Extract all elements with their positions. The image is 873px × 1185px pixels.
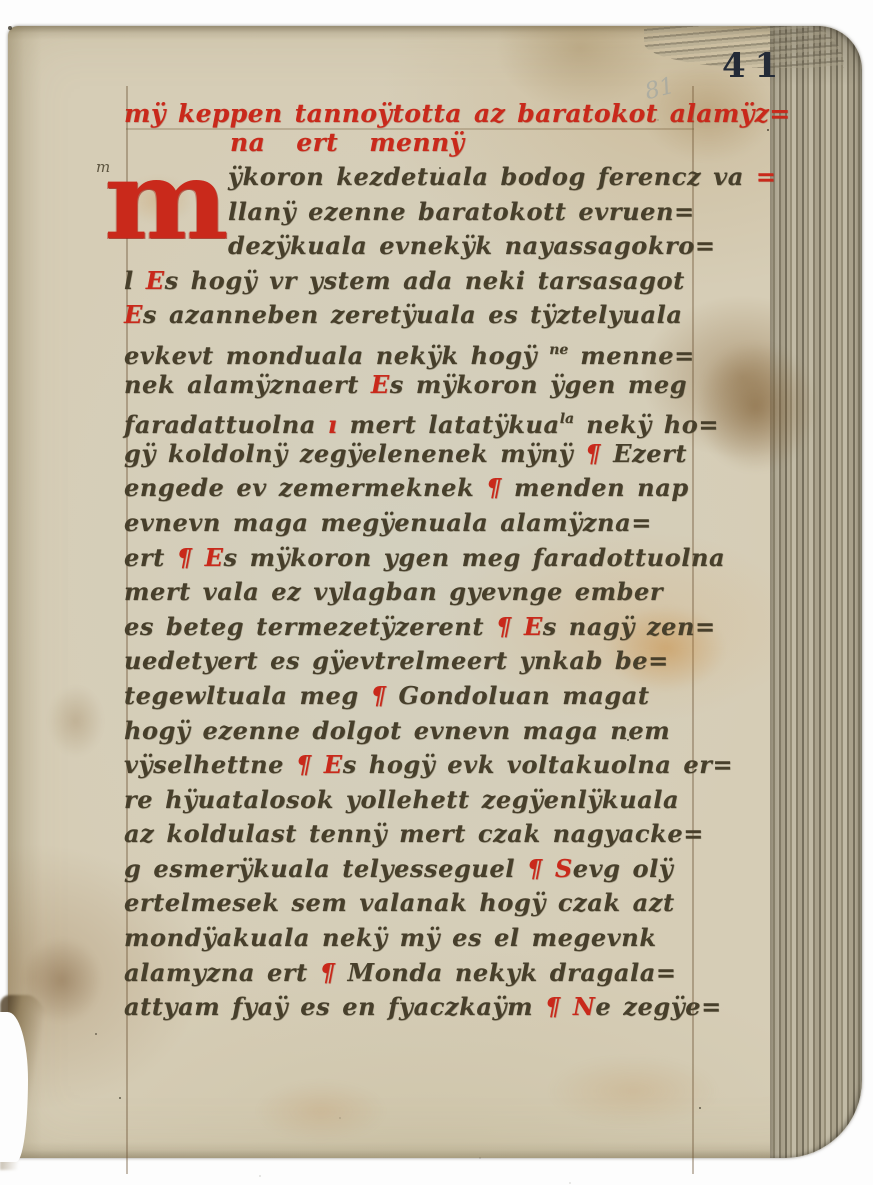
- rubrication-segment: ¶: [545, 992, 573, 1021]
- text-segment: Gondoluan magat: [399, 681, 650, 710]
- text-segment: alamyzna ert: [124, 958, 320, 987]
- manuscript-line: gÿ koldolnÿ zegÿelenenek mÿnÿ ¶ Ezert: [124, 437, 706, 472]
- text-segment: vÿselhettne: [124, 750, 296, 779]
- text-segment: menne=: [568, 341, 695, 370]
- text-block: mÿ keppen tannoÿtotta az baratokot alamÿ…: [124, 98, 706, 1025]
- text-segment: dezÿkuala evnekÿk nayassagokro=: [228, 231, 716, 260]
- text-segment: evkevt monduala nekÿk hogÿ: [124, 341, 549, 370]
- text-segment: mondÿakuala nekÿ mÿ es el megevnk: [124, 923, 657, 952]
- manuscript-line: vÿselhettne ¶ Es hogÿ evk voltakuolna er…: [124, 748, 706, 783]
- manuscript-line: attyam fyaÿ es en fyaczkaÿm ¶ Ne zegÿe=: [124, 990, 706, 1025]
- text-segment: s hogÿ vr ystem ada neki tarsasagot: [165, 266, 685, 295]
- text-segment: ne: [549, 342, 568, 358]
- text-segment: engede ev zemermeknek: [124, 473, 486, 502]
- manuscript-line: dezÿkuala evnekÿk nayassagokro=: [124, 229, 706, 264]
- rubrication-segment: E: [524, 612, 543, 641]
- text-segment: llanÿ ezenne baratokott evruen=: [228, 197, 695, 226]
- manuscript-line: evkevt monduala nekÿk hogÿ ne menne=: [124, 333, 706, 368]
- rubrication-segment: E: [146, 266, 165, 295]
- manuscript-line: es beteg termezetÿzerent ¶ Es nagÿ zen=: [124, 610, 706, 645]
- manuscript-line: re hÿuatalosok yollehett zegÿenlÿkuala: [124, 783, 706, 818]
- manuscript-line: engede ev zemermeknek ¶ menden nap: [124, 471, 706, 506]
- manuscript-line: mert vala ez vylagban gyevnge ember: [124, 575, 706, 610]
- text-segment: evnevn maga megÿenuala alamÿzna=: [124, 508, 652, 537]
- stain: [48, 686, 103, 756]
- text-segment: nekÿ ho=: [574, 410, 719, 439]
- manuscript-line: faradattuolna ı mert latatÿkuala nekÿ ho…: [124, 402, 706, 437]
- text-segment: mert latatÿkua: [350, 410, 560, 439]
- rubrication-segment: ¶: [496, 612, 524, 641]
- text-segment: ert: [124, 543, 177, 572]
- text-segment: hogÿ ezenne dolgot evnevn maga nem: [124, 716, 670, 745]
- rubrication-segment: ¶: [177, 543, 205, 572]
- text-segment: e zegÿe=: [595, 992, 721, 1021]
- manuscript-line: ert ¶ Es mÿkoron ygen meg faradottuolna: [124, 541, 706, 576]
- book-fore-edge: [770, 26, 862, 1158]
- folio-number: 41: [722, 46, 787, 86]
- text-segment: gÿ koldolnÿ zegÿelenenek mÿnÿ: [124, 439, 585, 468]
- text-segment: Monda nekyk dragala=: [348, 958, 677, 987]
- manuscript-line: Es azanneben zeretÿuala es tÿztelyuala: [124, 298, 706, 333]
- manuscript-line: evnevn maga megÿenuala alamÿzna=: [124, 506, 706, 541]
- rubrication-segment: ¶: [585, 439, 601, 468]
- manuscript-line: hogÿ ezenne dolgot evnevn maga nem: [124, 714, 706, 749]
- rubrication-segment: =: [744, 162, 777, 191]
- text-segment: az koldulast tennÿ mert czak nagyacke=: [124, 819, 704, 848]
- body-lines: ÿkoron kezdetuala bodog ferencz va =llan…: [124, 160, 706, 1025]
- manuscript-scan: 81 41 m m mÿ keppen tannoÿtotta az barat…: [0, 0, 873, 1185]
- rubrication-segment: ¶: [486, 473, 502, 502]
- rubrication-segment: E: [371, 370, 390, 399]
- text-segment: evg olÿ: [573, 854, 674, 883]
- manuscript-line: l Es hogÿ vr ystem ada neki tarsasagot: [124, 264, 706, 299]
- manuscript-line: llanÿ ezenne baratokott evruen=: [124, 195, 706, 230]
- rubrication-segment: ı: [328, 410, 350, 439]
- manuscript-line: nek alamÿznaert Es mÿkoron ÿgen meg: [124, 368, 706, 403]
- manuscript-line: ÿkoron kezdetuala bodog ferencz va =: [124, 160, 706, 195]
- rubrication-segment: E: [324, 750, 343, 779]
- text-segment: ÿkoron kezdetuala bodog ferencz va: [228, 162, 744, 191]
- text-segment: la: [560, 411, 574, 427]
- ink-specks: [8, 26, 12, 30]
- manuscript-line: g esmerÿkuala telyesseguel ¶ Sevg olÿ: [124, 852, 706, 887]
- text-segment: tegewltuala meg: [124, 681, 371, 710]
- rubrication-segment: S: [555, 854, 573, 883]
- text-segment: menden nap: [502, 473, 689, 502]
- text-segment: l: [124, 266, 146, 295]
- text-segment: s nagÿ zen=: [543, 612, 716, 641]
- rubric-line-2: na ert mennÿ: [230, 130, 706, 156]
- text-segment: attyam fyaÿ es en fyaczkaÿm: [124, 992, 545, 1021]
- rubrication-segment: ¶: [371, 681, 399, 710]
- text-segment: re hÿuatalosok yollehett zegÿenlÿkuala: [124, 785, 679, 814]
- rubrication-segment: ¶: [296, 750, 324, 779]
- rubric-line-1: mÿ keppen tannoÿtotta az baratokot alamÿ…: [124, 98, 706, 130]
- manuscript-line: alamyzna ert ¶ Monda nekyk dragala=: [124, 956, 706, 991]
- text-segment: ertelmesek sem valanak hogÿ czak azt: [124, 888, 675, 917]
- manuscript-line: mondÿakuala nekÿ mÿ es el megevnk: [124, 921, 706, 956]
- text-segment: s mÿkoron ÿgen meg: [390, 370, 687, 399]
- text-segment: uedetyert es gÿevtrelmeert ynkab be=: [124, 646, 669, 675]
- rubrication-segment: ¶: [527, 854, 555, 883]
- text-segment: faradattuolna: [124, 410, 328, 439]
- manuscript-line: tegewltuala meg ¶ Gondoluan magat: [124, 679, 706, 714]
- stain: [256, 1081, 386, 1141]
- text-segment: es beteg termezetÿzerent: [124, 612, 496, 641]
- text-segment: nek alamÿznaert: [124, 370, 371, 399]
- text-segment: s hogÿ evk voltakuolna er=: [343, 750, 734, 779]
- rubrication-segment: ¶: [320, 958, 348, 987]
- text-segment: Ezert: [601, 439, 687, 468]
- text-segment: s azanneben zeretÿuala es tÿztelyuala: [143, 300, 683, 329]
- rubrication-segment: N: [573, 992, 596, 1021]
- text-segment: mert vala ez vylagban gyevnge ember: [124, 577, 663, 606]
- rubrication-segment: E: [205, 543, 224, 572]
- manuscript-line: uedetyert es gÿevtrelmeert ynkab be=: [124, 644, 706, 679]
- manuscript-line: ertelmesek sem valanak hogÿ czak azt: [124, 886, 706, 921]
- text-segment: g esmerÿkuala telyesseguel: [124, 854, 527, 883]
- rubrication-segment: E: [124, 300, 143, 329]
- manuscript-line: az koldulast tennÿ mert czak nagyacke=: [124, 817, 706, 852]
- text-segment: s mÿkoron ygen meg faradottuolna: [224, 543, 726, 572]
